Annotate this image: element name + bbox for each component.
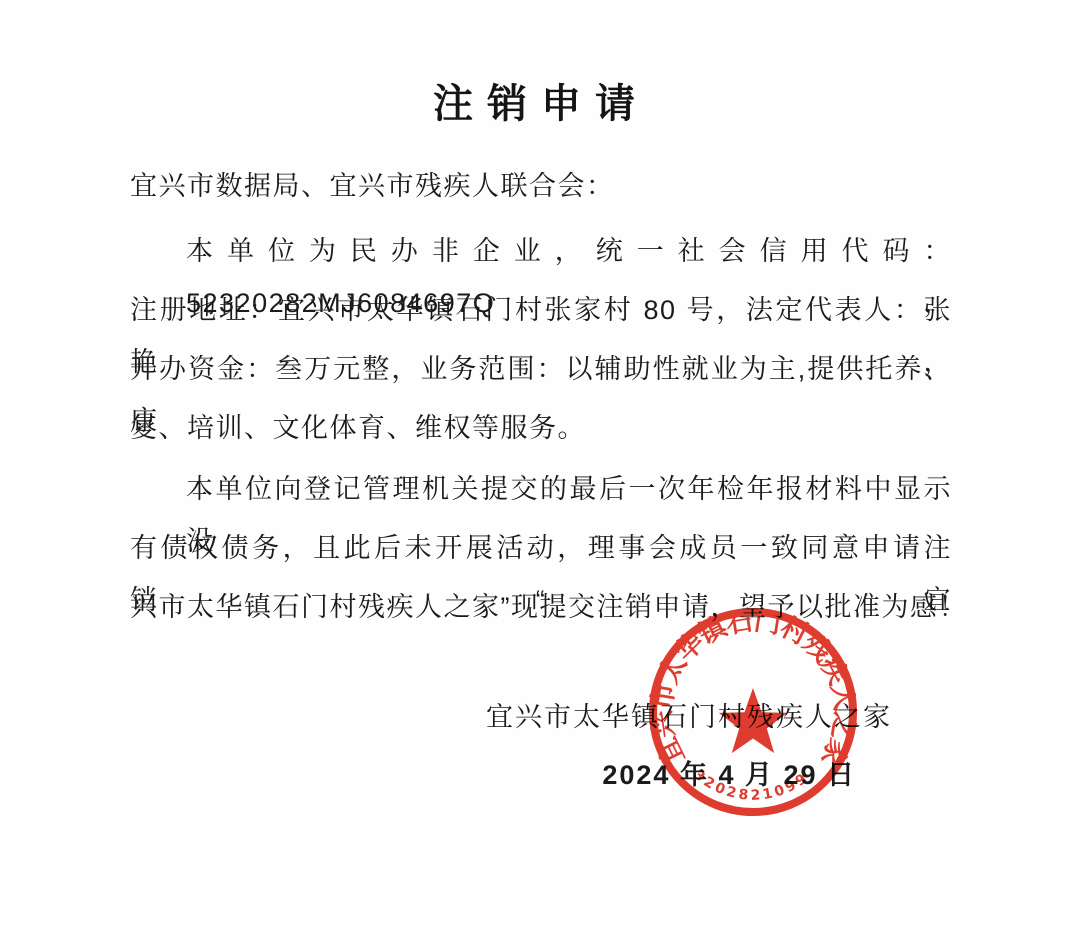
seal-ring-text: 宜兴市太华镇石门村残疾人之家 [646,604,860,771]
paragraph-2-line-1: 本单位向登记管理机关提交的最后一次年检年报材料中显示没 [130,463,952,522]
official-red-seal: 宜兴市太华镇石门村残疾人之家 320282109920 [637,596,869,828]
star-icon [719,688,787,753]
salutation-line: 宜兴市数据局、宜兴市残疾人联合会： [130,163,952,223]
paragraph-1-line-4: 复、培训、文化体育、维权等服务。 [130,402,952,461]
paragraph-1: 本单位为民办非企业，统一社会信用代码：52320282MJ6084697Q， 注… [130,225,952,461]
document-title: 注销申请 [130,72,952,129]
paragraph-1-line-2: 注册地址：宜兴市太华镇石门村张家村 80 号，法定代表人：张艳， [130,284,952,343]
paragraph-1-line-1: 本单位为民办非企业，统一社会信用代码：52320282MJ6084697Q， [130,225,952,284]
paragraph-2-line-2: 有债权债务，且此后未开展活动，理事会成员一致同意申请注销“宜 [130,522,952,581]
paragraph-1-line-3: 开办资金：叁万元整，业务范围：以辅助性就业为主,提供托养、康 [130,343,952,402]
document-page: 注销申请 宜兴市数据局、宜兴市残疾人联合会： 本单位为民办非企业，统一社会信用代… [0,0,1080,937]
